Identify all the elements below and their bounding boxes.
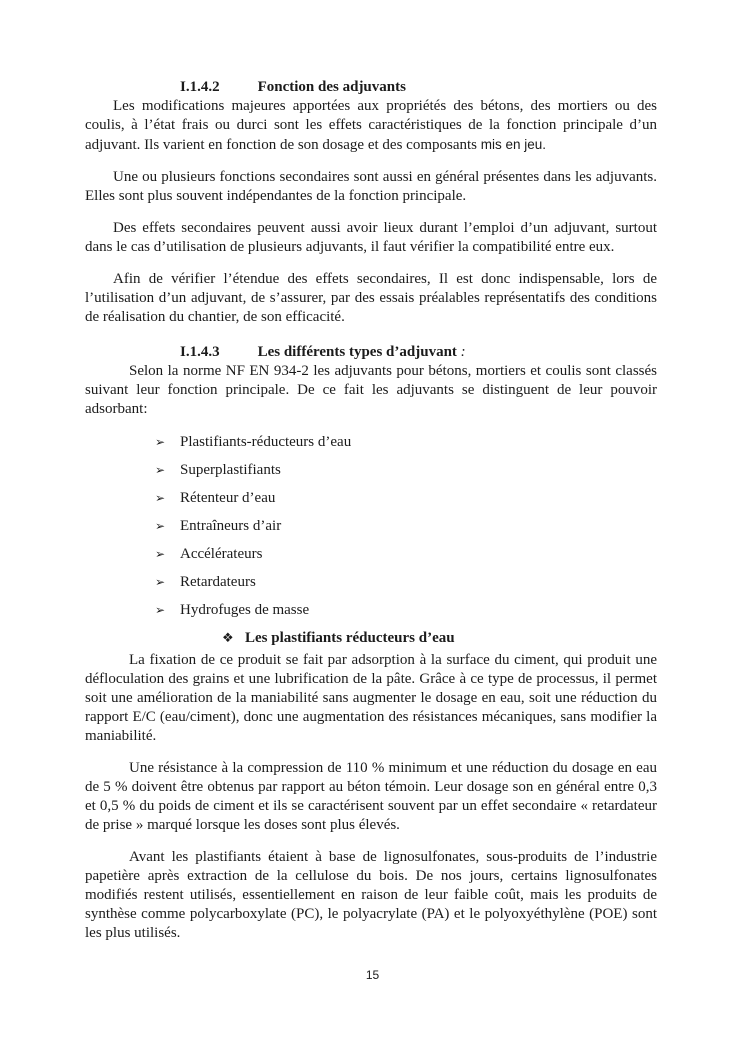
paragraph-text-sans: mis en jeu. bbox=[477, 137, 546, 152]
list-item-label: Accélérateurs bbox=[180, 546, 262, 562]
list-item-label: Plastifiants-réducteurs d’eau bbox=[180, 434, 351, 450]
section-number: I.1.4.2 bbox=[180, 78, 220, 97]
list-item: ➢Entraîneurs d’air bbox=[155, 517, 657, 536]
list-item: ➢Rétenteur d’eau bbox=[155, 489, 657, 508]
section-title: Les différents types d’adjuvant bbox=[258, 344, 457, 360]
sub-heading-plastifiants: ❖Les plastifiants réducteurs d’eau bbox=[222, 629, 657, 648]
page-number: 15 bbox=[0, 968, 745, 982]
paragraph: La fixation de ce produit se fait par ad… bbox=[85, 651, 657, 746]
section-heading: I.1.4.3Les différents types d’adjuvant : bbox=[180, 343, 657, 362]
section-fonction-des-adjuvants: I.1.4.2Fonction des adjuvants Les modifi… bbox=[85, 78, 657, 327]
list-item: ➢Plastifiants-réducteurs d’eau bbox=[155, 433, 657, 452]
arrow-bullet-icon: ➢ bbox=[155, 433, 180, 452]
list-item-label: Entraîneurs d’air bbox=[180, 518, 281, 534]
section-heading: I.1.4.2Fonction des adjuvants bbox=[180, 78, 657, 97]
section-types-adjuvant: I.1.4.3Les différents types d’adjuvant :… bbox=[85, 343, 657, 943]
section-number: I.1.4.3 bbox=[180, 343, 220, 362]
arrow-bullet-icon: ➢ bbox=[155, 573, 180, 592]
sub-heading-label: Les plastifiants réducteurs d’eau bbox=[245, 630, 455, 646]
paragraph: Avant les plastifiants étaient à base de… bbox=[85, 848, 657, 943]
section-title: Fonction des adjuvants bbox=[258, 79, 406, 95]
adjuvant-types-list: ➢Plastifiants-réducteurs d’eau ➢Superpla… bbox=[85, 433, 657, 620]
arrow-bullet-icon: ➢ bbox=[155, 545, 180, 564]
list-item: ➢Superplastifiants bbox=[155, 461, 657, 480]
arrow-bullet-icon: ➢ bbox=[155, 517, 180, 536]
paragraph: Des effets secondaires peuvent aussi avo… bbox=[85, 219, 657, 257]
diamond-bullet-icon: ❖ bbox=[222, 629, 245, 648]
paragraph: Afin de vérifier l’étendue des effets se… bbox=[85, 270, 657, 327]
arrow-bullet-icon: ➢ bbox=[155, 461, 180, 480]
paragraph: Une résistance à la compression de 110 %… bbox=[85, 759, 657, 835]
paragraph-text: Les modifications majeures apportées aux… bbox=[85, 98, 657, 153]
paragraph: Les modifications majeures apportées aux… bbox=[85, 97, 657, 155]
arrow-bullet-icon: ➢ bbox=[155, 489, 180, 508]
document-page: I.1.4.2Fonction des adjuvants Les modifi… bbox=[0, 0, 745, 1053]
list-item: ➢Retardateurs bbox=[155, 573, 657, 592]
list-item: ➢Hydrofuges de masse bbox=[155, 601, 657, 620]
list-item-label: Retardateurs bbox=[180, 574, 256, 590]
list-item: ➢Accélérateurs bbox=[155, 545, 657, 564]
list-item-label: Hydrofuges de masse bbox=[180, 602, 309, 618]
list-item-label: Rétenteur d’eau bbox=[180, 490, 275, 506]
paragraph: Une ou plusieurs fonctions secondaires s… bbox=[85, 168, 657, 206]
section-title-colon: : bbox=[457, 344, 466, 360]
arrow-bullet-icon: ➢ bbox=[155, 601, 180, 620]
list-item-label: Superplastifiants bbox=[180, 462, 281, 478]
paragraph: Selon la norme NF EN 934-2 les adjuvants… bbox=[85, 362, 657, 419]
